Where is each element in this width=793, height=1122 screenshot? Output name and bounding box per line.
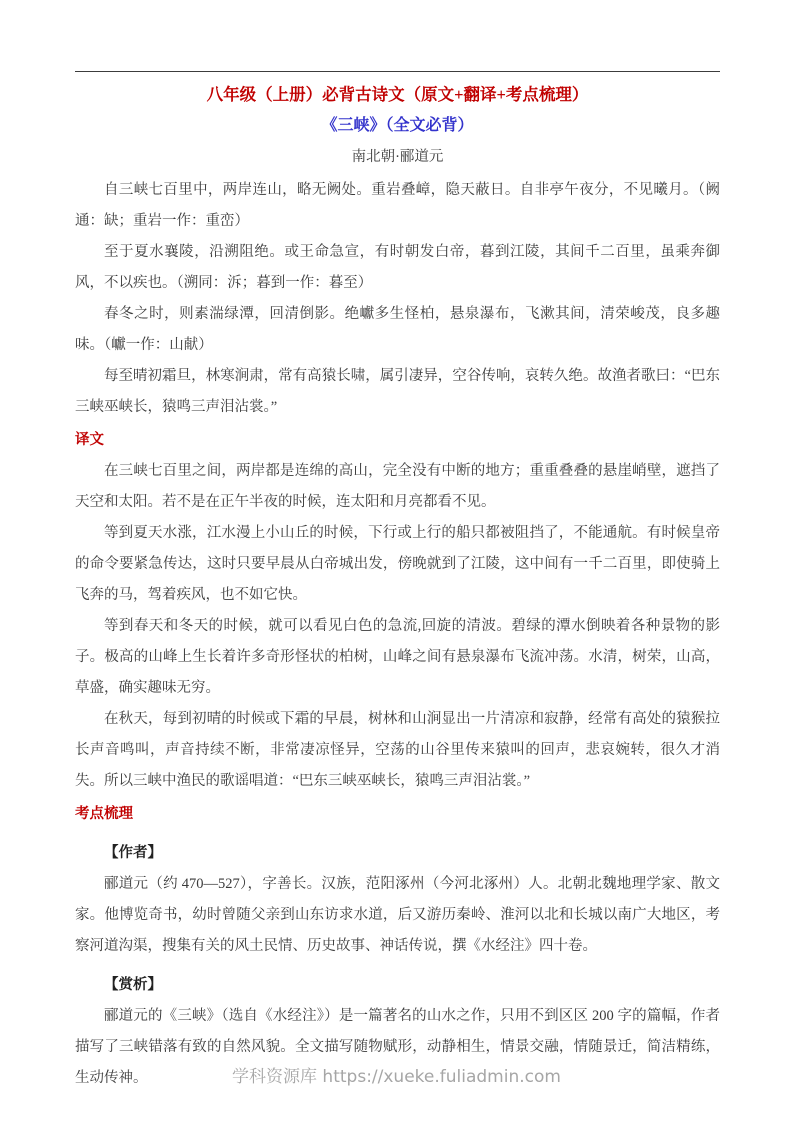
original-paragraph-1: 自三峡七百里中，两岸连山，略无阙处。重岩叠嶂，隐天蔽日。自非亭午夜分，不见曦月。… [75,175,720,237]
translation-paragraph-3: 等到春天和冬天的时候，就可以看见白色的急流,回旋的清波。碧绿的潭水倒映着各种景物… [75,611,720,704]
original-paragraph-2: 至于夏水襄陵，沿溯阻绝。或王命急宣，有时朝发白帝，暮到江陵，其间千二百里，虽乘奔… [75,237,720,299]
translation-paragraph-4: 在秋天，每到初晴的时候或下霜的早晨，树林和山涧显出一片清凉和寂静，经常有高处的猿… [75,704,720,797]
author-section-label: 【作者】 [75,838,720,869]
document-page: 八年级（上册）必背古诗文（原文+翻译+考点梳理） 《三峡》（全文必背） 南北朝·… [0,0,793,1122]
key-points-heading: 考点梳理 [75,799,720,830]
original-paragraph-4: 每至晴初霜旦，林寒涧肃，常有高猿长啸，属引凄异，空谷传响，哀转久绝。故渔者歌曰：… [75,361,720,423]
analysis-section-label: 【赏析】 [75,970,720,1001]
footer-watermark: 学科资源库 https://xueke.fuliadmin.com [0,1062,793,1087]
document-content: 八年级（上册）必背古诗文（原文+翻译+考点梳理） 《三峡》（全文必背） 南北朝·… [75,71,720,1094]
translation-paragraph-1: 在三峡七百里之间，两岸都是连绵的高山，完全没有中断的地方；重重叠叠的悬崖峭壁，遮… [75,456,720,518]
document-title: 八年级（上册）必背古诗文（原文+翻译+考点梳理） [75,79,720,110]
translation-heading: 译文 [75,425,720,456]
original-paragraph-3: 春冬之时，则素湍绿潭，回清倒影。绝巘多生怪柏，悬泉瀑布，飞漱其间，清荣峻茂，良多… [75,299,720,361]
author-line: 南北朝·郦道元 [75,142,720,173]
translation-paragraph-2: 等到夏天水涨，江水漫上小山丘的时候，下行或上行的船只都被阻挡了，不能通航。有时候… [75,518,720,611]
lesson-title: 《三峡》（全文必背） [75,110,720,142]
author-section-paragraph: 郦道元（约 470—527），字善长。汉族，范阳涿州（今河北涿州）人。北朝北魏地… [75,869,720,962]
